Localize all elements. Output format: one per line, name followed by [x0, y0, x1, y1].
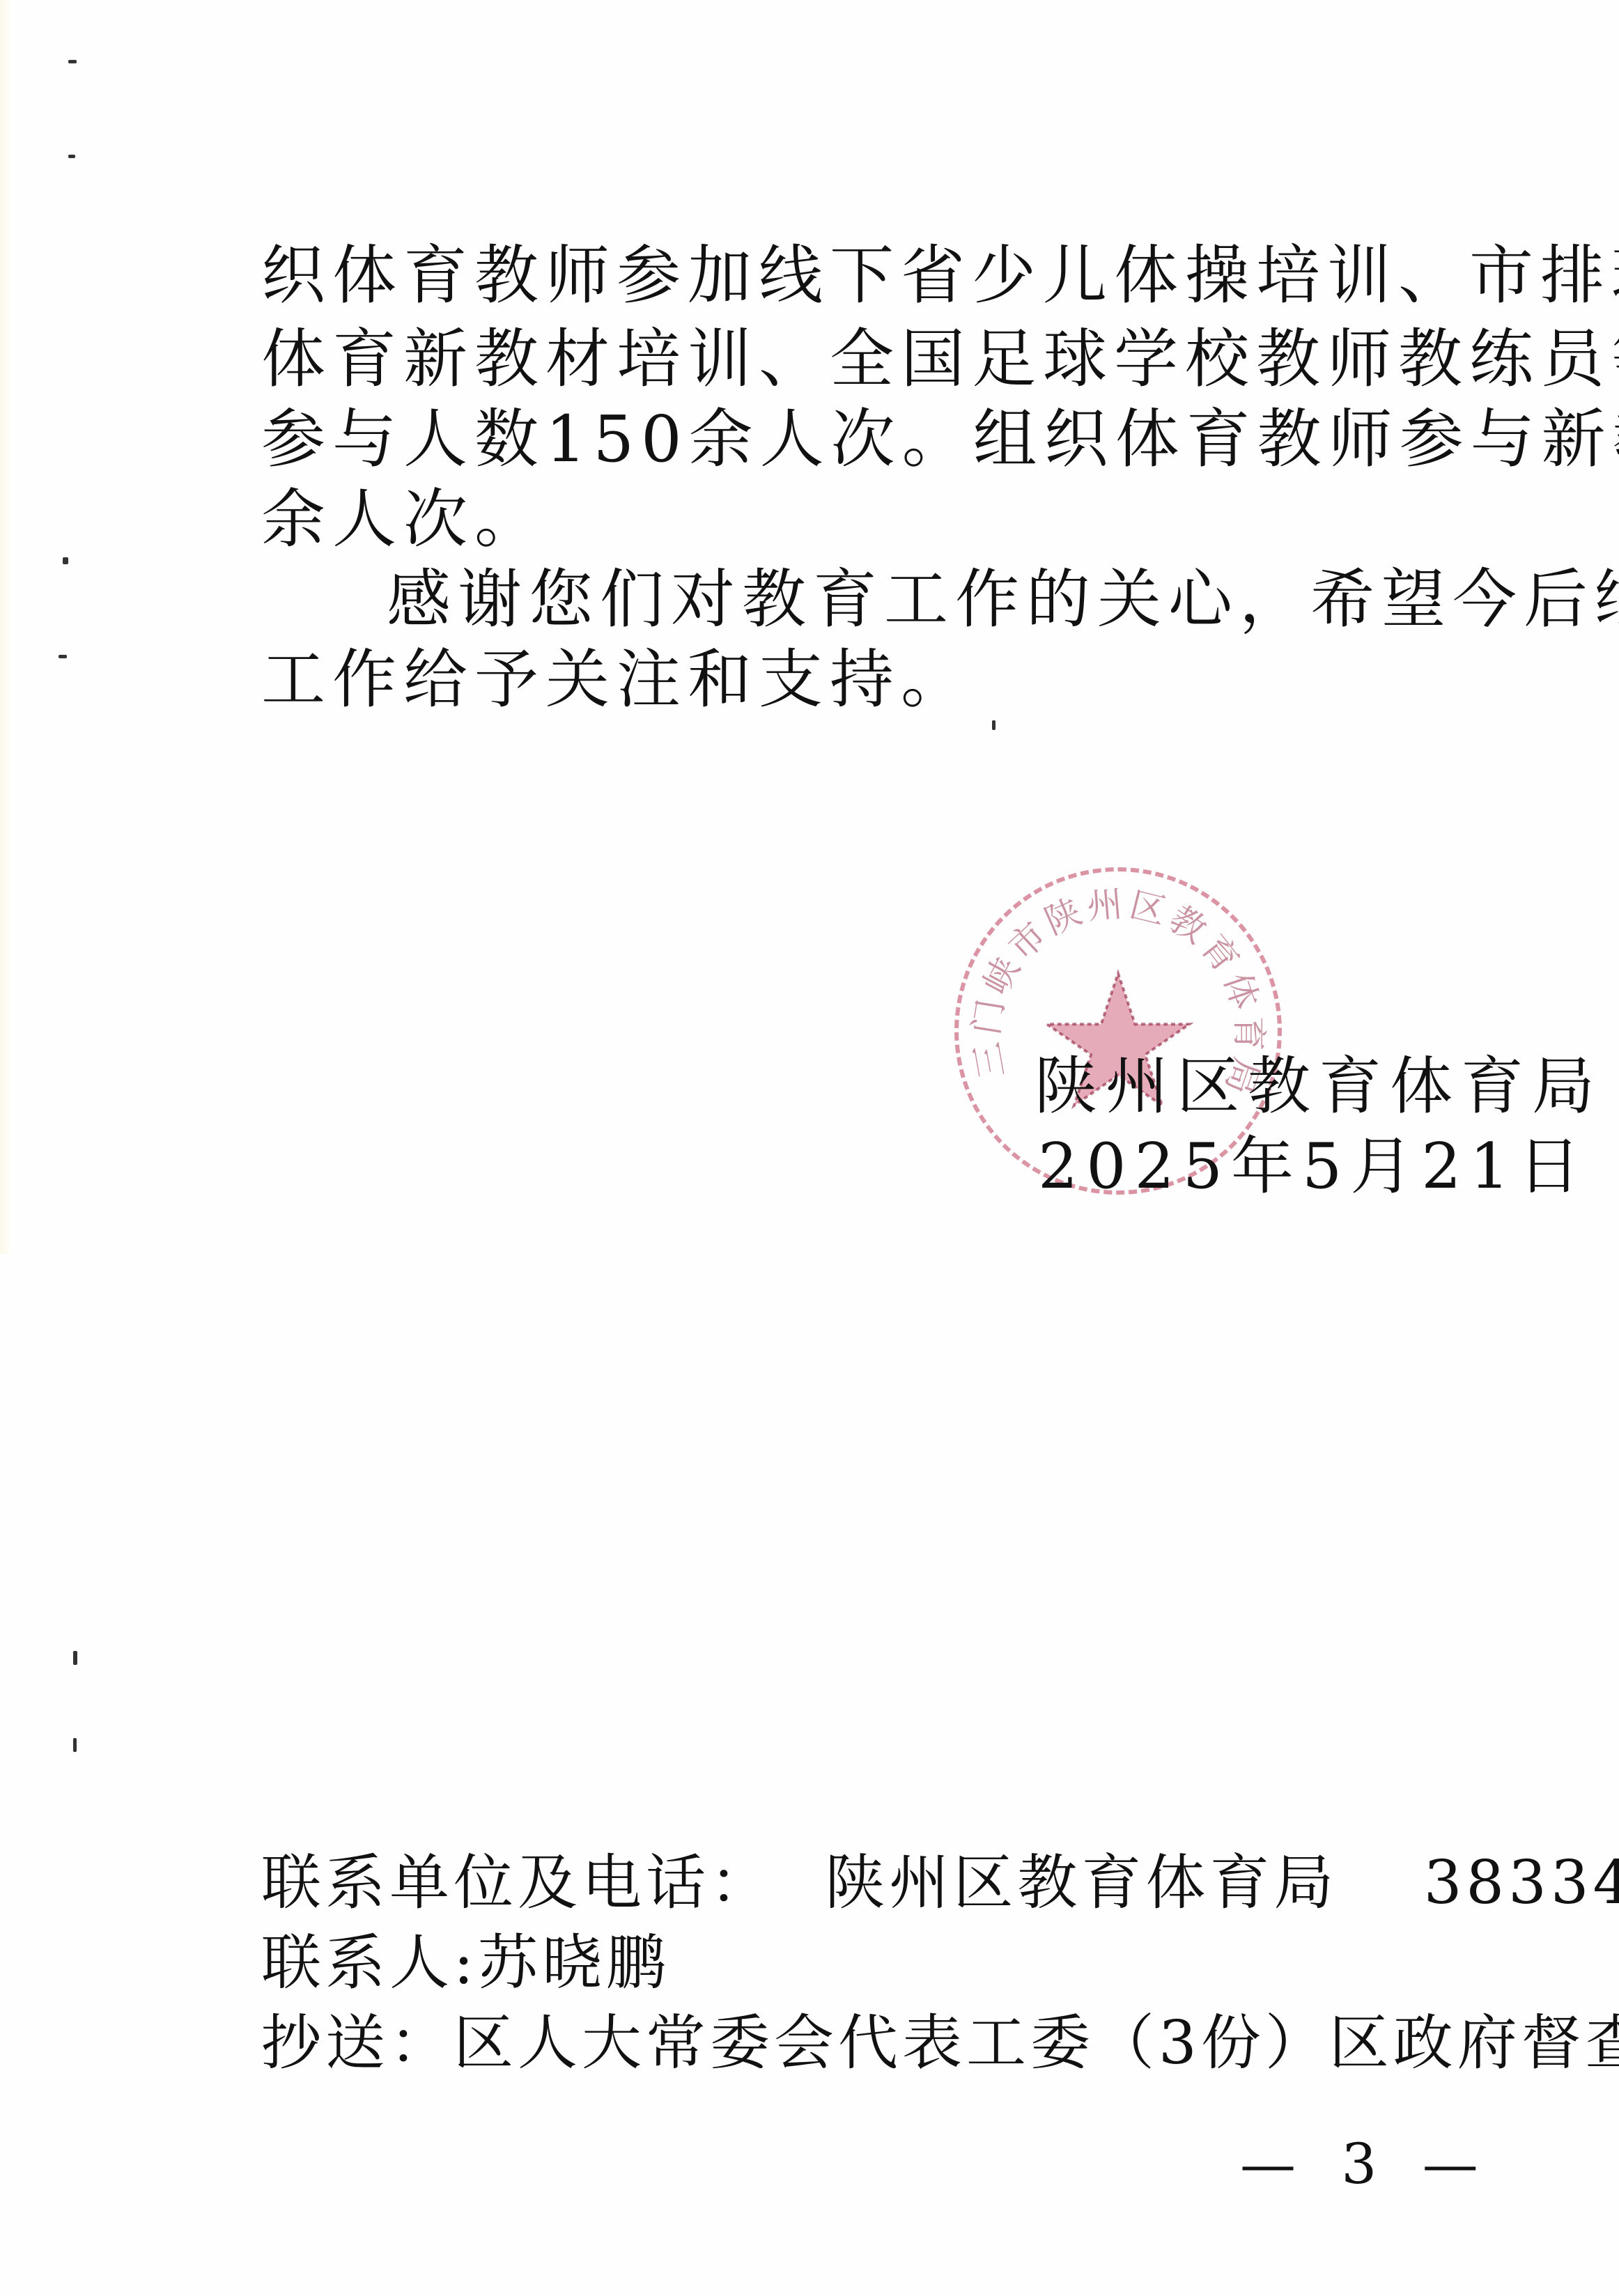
contact-phone: 3833443 — [1424, 1848, 1619, 1918]
binding-mark — [68, 155, 75, 158]
speck — [992, 720, 996, 730]
body-text-line: 体育新教材培训、全国足球学校教师教练员等十余项培训， — [261, 327, 1619, 391]
signing-organization: 陕州区教育体育局 — [1035, 1055, 1603, 1118]
body-text-line: 余人次。 — [261, 488, 545, 552]
cc-line: 抄送：区人大常委会代表工委（3份）区政府督查室（2份） — [261, 2013, 1619, 2073]
body-text-line: 参与人数150余人次。组织体育教师参与新教材网上培训200 — [261, 408, 1619, 472]
binding-mark — [73, 1651, 77, 1665]
binding-mark — [59, 655, 67, 658]
contact-person-label: 联系人: — [261, 1928, 478, 1998]
binding-mark — [68, 60, 77, 63]
binding-mark — [63, 557, 68, 564]
page-number: — 3 — — [1240, 2132, 1492, 2196]
signing-date: 2025年5月21日 — [1038, 1135, 1589, 1198]
contact-unit-line: 联系单位及电话： 陕州区教育体育局 3833443 — [261, 1853, 1619, 1913]
contact-unit-label: 联系单位及电话： — [261, 1848, 774, 1918]
closing-text-line: 工作给予关注和支持。 — [261, 648, 972, 712]
closing-text-line: 感谢您们对教育工作的关心，希望今后继续对我们的 — [387, 568, 1619, 632]
contact-unit-name: 陕州区教育体育局 — [825, 1848, 1338, 1918]
body-text-line: 织体育教师参加线下省少儿体操培训、市排球裁判员培训、 — [261, 244, 1619, 308]
contact-person-name: 苏晓鹏 — [478, 1928, 670, 1998]
document-page: 织体育教师参加线下省少儿体操培训、市排球裁判员培训、 体育新教材培训、全国足球学… — [0, 0, 1619, 2296]
binding-mark — [73, 1738, 77, 1752]
contact-person-line: 联系人:苏晓鹏 — [261, 1933, 670, 1993]
scan-edge-shadow — [0, 0, 13, 1254]
